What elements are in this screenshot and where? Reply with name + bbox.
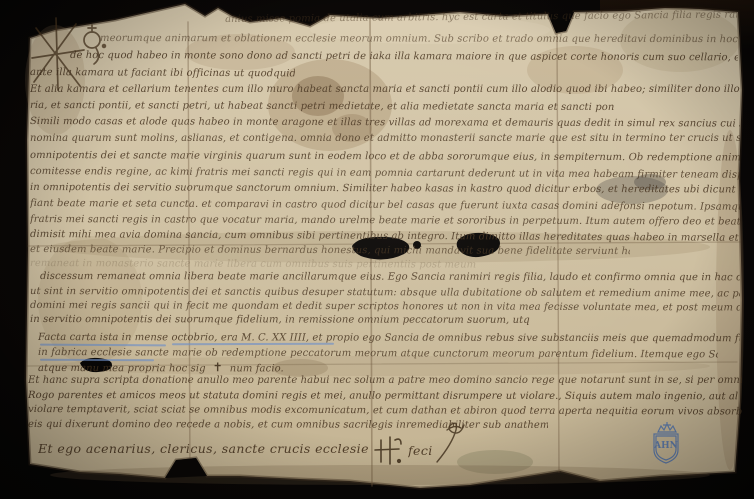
manuscript-line: Et alia kamara et cellarium tenentes cum… — [30, 84, 740, 96]
manuscript-line: meorumque animarum et oblationem ecclesi… — [100, 33, 740, 46]
manuscript-line: Et hanc supra scripta donatione anullo m… — [28, 375, 742, 387]
manuscript-line: in servitio omnipotentis dei suorumque f… — [30, 314, 530, 327]
stamp-letters: AHN — [653, 441, 678, 451]
manuscript-line: in omnipotentis dei servitio suorumque s… — [30, 182, 740, 196]
manuscript-line: Rogo parentes et amicos meos ut statuta … — [28, 390, 738, 403]
manuscript-line: ria, et sancti pontii, et sancti petri, … — [30, 100, 615, 114]
scribe-text: Et ego acenarius, clericus, sancte cruci… — [38, 442, 373, 456]
sig-clause-right: num facio. — [230, 363, 284, 374]
manuscript-line: et eiusdem beate marie. Precipio et domi… — [30, 244, 630, 258]
manuscript-line: ut sint in servitio omnipotentis dei et … — [30, 286, 740, 300]
manuscript-line: de hoc quod habeo in monte sono dono ad … — [70, 50, 738, 64]
scribe-feci: feci — [408, 444, 448, 458]
manuscript-line: domini mei regis sancii qui in fecit me … — [30, 300, 740, 314]
manuscript-line: eis qui dixerunt domino deo recede a nob… — [28, 419, 548, 432]
sig-clause-left: atque manu mea propria hoc sig — [38, 363, 206, 374]
manuscript-line: omnipotentis dei et sancte marie virgini… — [30, 150, 740, 164]
scribe-line: Et ego acenarius, clericus, sancte cruci… — [38, 442, 373, 456]
manuscript-line: atque manu mea propria hoc sig✝num facio… — [38, 361, 338, 376]
manuscript-line: violare temptaverit, sciat sciat se omni… — [28, 404, 742, 418]
pencil-underline — [40, 359, 154, 361]
manual-cross-icon: ✝ — [206, 361, 230, 374]
manuscript-line: nomina quarum sunt molins, aslianas, et … — [30, 133, 740, 145]
manuscript-line: Simili modo casas et alode quas habeo in… — [30, 116, 740, 130]
manuscript-line: discessum remaneat omnia libera beate ma… — [40, 271, 740, 284]
manuscript-line: fratris mei sancti regis in castro que v… — [30, 214, 740, 228]
manuscript-line: remaneat in monasterio sancte marie libe… — [30, 258, 590, 272]
parchment-photo: AHN anius misse pomia de utalia cum arbi… — [0, 0, 754, 499]
manuscript-line: ante illa kamara ut faciant ibi officina… — [30, 67, 295, 80]
